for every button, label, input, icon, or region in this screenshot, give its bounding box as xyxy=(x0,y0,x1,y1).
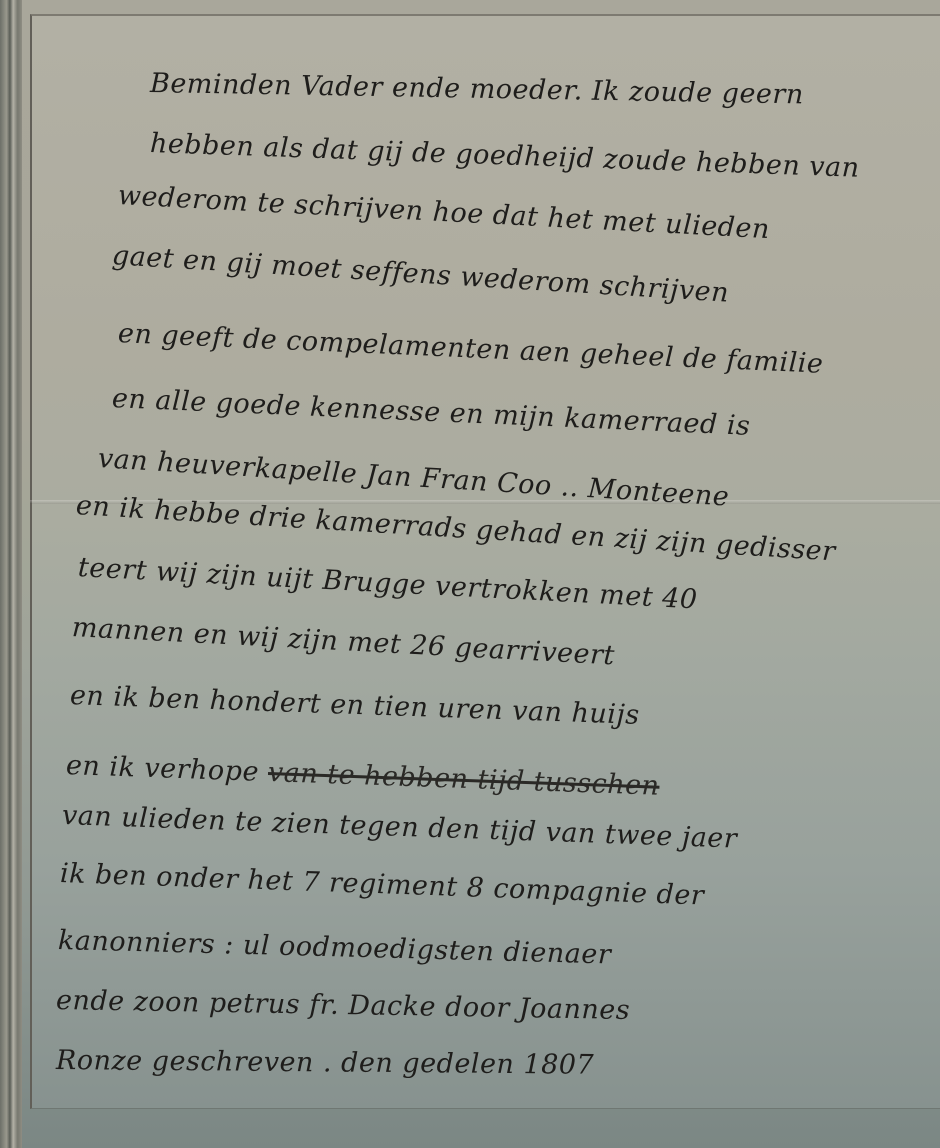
document-scan: Beminden Vader ende moeder. Ik zoude gee… xyxy=(0,0,940,1148)
letter-line-1: Beminden Vader ende moeder. Ik zoude gee… xyxy=(150,68,804,110)
letter-line-14: ik ben onder het 7 regiment 8 compagnie … xyxy=(59,858,704,911)
letter-line-10: mannen en wij zijn met 26 gearriveert xyxy=(71,612,615,671)
line-text: gaet en gij moet seffens wederom schrijv… xyxy=(111,240,730,309)
line-text: Ronze geschreven . den gedelen 1807 xyxy=(56,1045,594,1081)
line-text: hebben als dat gij de goedheijd zoude he… xyxy=(149,128,860,184)
letter-body: Beminden Vader ende moeder. Ik zoude gee… xyxy=(0,0,940,1148)
letter-line-13: van ulieden te zien tegen den tijd van t… xyxy=(61,800,737,855)
letter-line-2: hebben als dat gij de goedheijd zoude he… xyxy=(149,128,860,184)
letter-line-16: ende zoon petrus fr. Dacke door Joannes xyxy=(56,985,631,1026)
line-text: van ulieden te zien tegen den tijd van t… xyxy=(61,800,737,855)
letter-line-6: en alle goede kennesse en mijn kamerraed… xyxy=(111,383,751,442)
letter-line-15: kanonniers : ul oodmoedigsten dienaer xyxy=(58,925,612,970)
line-text: kanonniers : ul oodmoedigsten dienaer xyxy=(58,925,612,970)
line-text: en geeft de compelamenten aen geheel de … xyxy=(117,318,824,380)
letter-line-9: teert wij zijn uijt Brugge vertrokken me… xyxy=(77,552,698,615)
line-text: ende zoon petrus fr. Dacke door Joannes xyxy=(56,985,631,1026)
line-text: ik ben onder het 7 regiment 8 compagnie … xyxy=(59,858,704,911)
letter-line-11: en ik ben hondert en tien uren van huijs xyxy=(69,680,640,731)
line-text: teert wij zijn uijt Brugge vertrokken me… xyxy=(77,552,698,615)
line-text: en alle goede kennesse en mijn kamerraed… xyxy=(111,383,751,442)
letter-line-3: wederom te schrijven hoe dat het met uli… xyxy=(117,180,770,245)
line-text: mannen en wij zijn met 26 gearriveert xyxy=(71,612,615,671)
letter-line-17: Ronze geschreven . den gedelen 1807 xyxy=(56,1045,594,1081)
letter-line-5: en geeft de compelamenten aen geheel de … xyxy=(117,318,824,380)
letter-line-4: gaet en gij moet seffens wederom schrijv… xyxy=(111,240,730,309)
line-text: Beminden Vader ende moeder. Ik zoude gee… xyxy=(150,68,804,110)
line-text: en ik verhope xyxy=(65,750,259,788)
struck-out-text: van te hebben tijd tusschen xyxy=(268,757,661,802)
letter-line-12: en ik verhope van te hebben tijd tussche… xyxy=(65,750,660,802)
line-text: en ik ben hondert en tien uren van huijs xyxy=(69,680,640,731)
line-text: wederom te schrijven hoe dat het met uli… xyxy=(117,180,770,245)
